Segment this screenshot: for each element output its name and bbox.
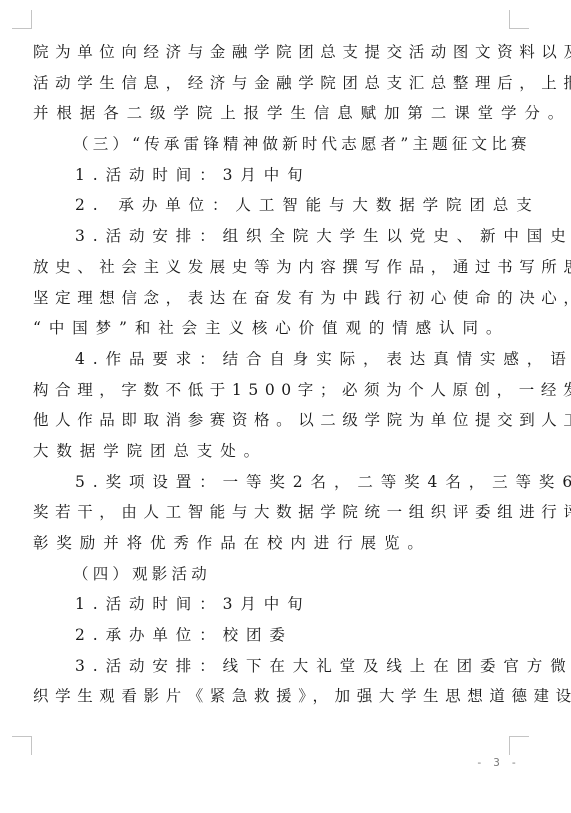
margin-corner-mark-bottom-left	[12, 736, 32, 755]
text-line: 院为单位向经济与金融学院团总支提交活动图文资料以及参与	[33, 37, 509, 68]
section-heading: （四）观影活动	[33, 559, 509, 590]
document-page: 院为单位向经济与金融学院团总支提交活动图文资料以及参与 活动学生信息，经济与金融…	[0, 0, 571, 813]
text-line: “中国梦”和社会主义核心价值观的情感认同。	[33, 313, 509, 344]
text-line: 坚定理想信念，表达在奋发有为中践行初心使命的决心，深化对	[33, 283, 509, 314]
text-line: 他人作品即取消参赛资格。以二级学院为单位提交到人工智能与	[33, 405, 509, 436]
page-number: - 3 -	[476, 756, 510, 769]
list-item-text: 3.活动安排：线下在大礼堂及线上在团委官方微信公众号组	[33, 651, 509, 682]
list-item-text: 2.承办单位：校团委	[33, 620, 509, 651]
text-line: 彰奖励并将优秀作品在校内进行展览。	[33, 528, 509, 559]
section-heading: （三）“传承雷锋精神做新时代志愿者”主题征文比赛	[33, 129, 509, 160]
text-line: 织学生观看影片《紧急救援》，加强大学生思想道德建设，弘扬	[33, 681, 509, 712]
list-item-text: 2. 承办单位：人工智能与大数据学院团总支	[33, 190, 509, 221]
list-item-text: 4.作品要求：结合自身实际，表达真情实感，语言流畅，结	[33, 344, 509, 375]
text-line: 大数据学院团总支处。	[33, 436, 509, 467]
list-item-text: 1.活动时间：3月中旬	[33, 160, 509, 191]
margin-corner-mark-bottom-right	[509, 736, 529, 755]
text-line: 构合理，字数不低于1500字；必须为个人原创，一经发现剽窃	[33, 375, 509, 406]
margin-corner-mark-top-left	[12, 10, 32, 29]
margin-corner-mark-top-right	[509, 10, 529, 29]
text-line: 奖若干，由人工智能与大数据学院统一组织评委组进行评选，表	[33, 497, 509, 528]
text-line: 并根据各二级学院上报学生信息赋加第二课堂学分。	[33, 98, 509, 129]
list-item-text: 1.活动时间：3月中旬	[33, 589, 509, 620]
text-line: 放史、社会主义发展史等为内容撰写作品，通过书写所思所悟，	[33, 252, 509, 283]
list-item-text: 5.奖项设置：一等奖2名，二等奖4名，三等奖6名，优秀	[33, 467, 509, 498]
document-body[interactable]: 院为单位向经济与金融学院团总支提交活动图文资料以及参与 活动学生信息，经济与金融…	[33, 37, 509, 712]
list-item-text: 3.活动安排：组织全院大学生以党史、新中国史、改革开	[33, 221, 509, 252]
text-line: 活动学生信息，经济与金融学院团总支汇总整理后，上报校团委，	[33, 68, 509, 99]
